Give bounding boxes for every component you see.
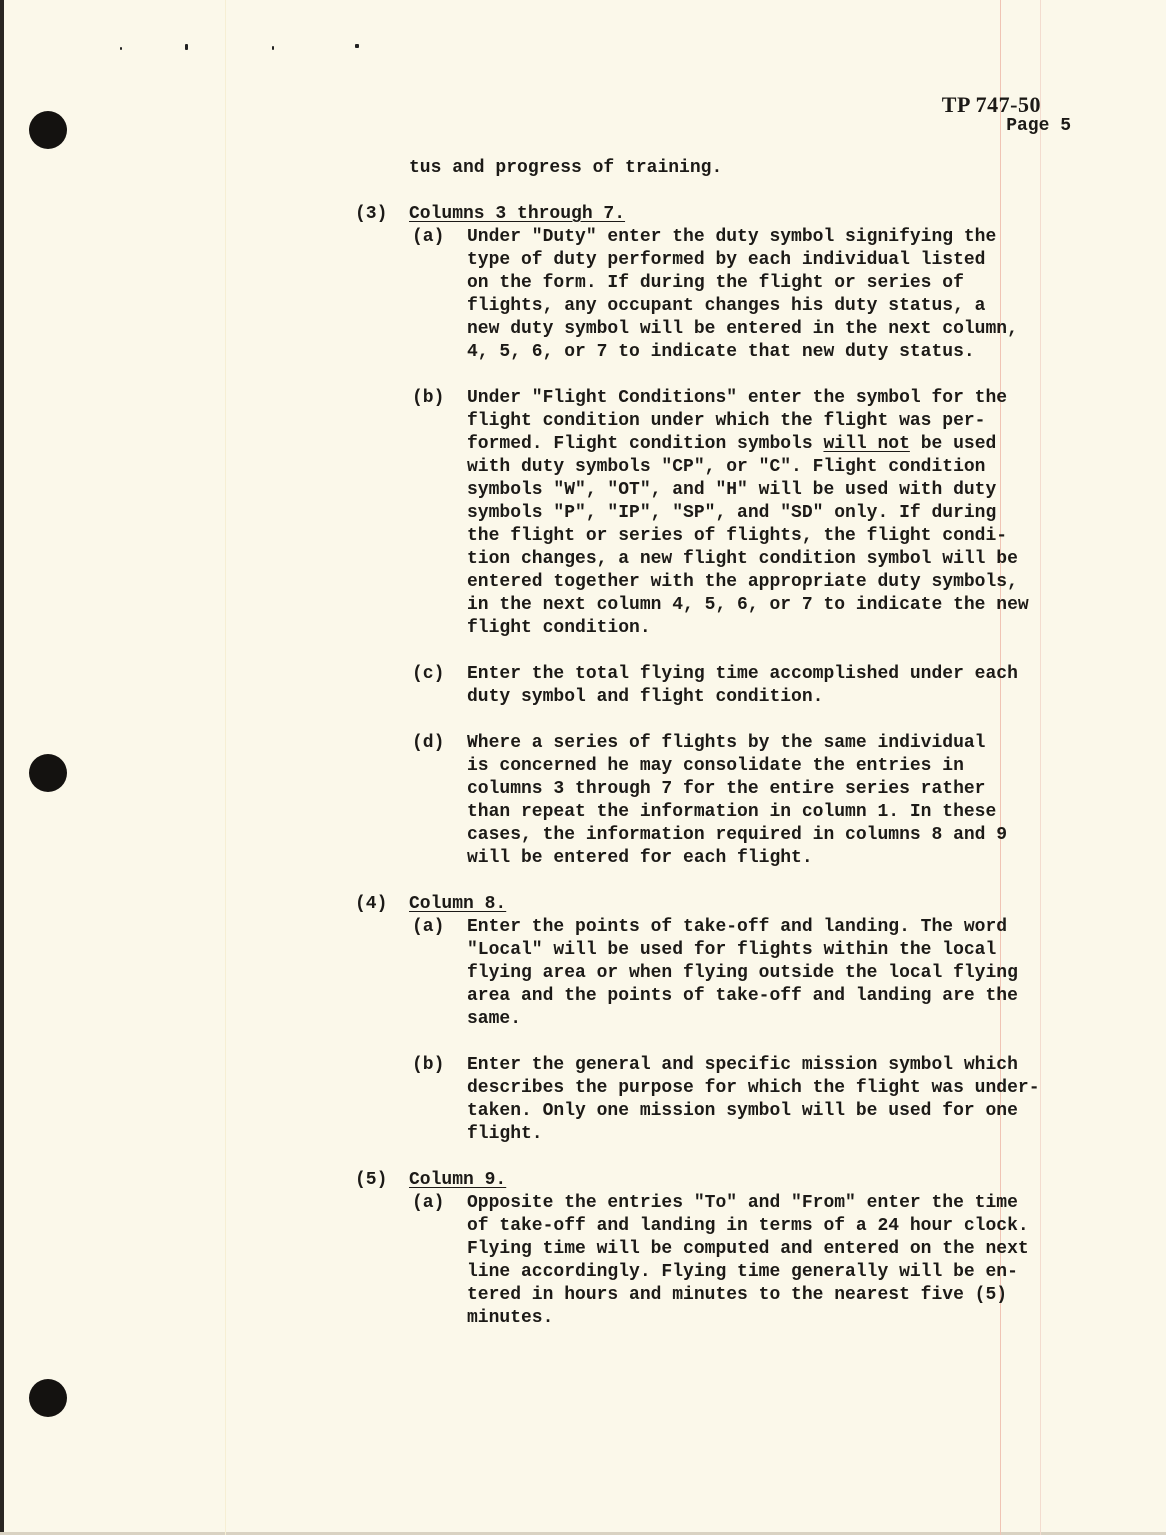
subitem-3a: (a) Under "Duty" enter the duty symbol s… [355, 226, 1095, 364]
section-title: Column 8. [409, 893, 506, 916]
punch-hole-bottom-icon [29, 1379, 67, 1417]
continuation-text: tus and progress of training. [355, 157, 1095, 180]
subitem-letter: (a) [412, 226, 467, 364]
text-after: be used with duty symbols "CP", or "C". … [467, 434, 1029, 638]
ink-speck [120, 47, 122, 50]
document-body: tus and progress of training. (3) Column… [355, 157, 1095, 1353]
subitem-letter: (b) [412, 387, 467, 640]
subitem-letter: (b) [412, 1054, 467, 1146]
section-title: Columns 3 through 7. [409, 203, 625, 226]
underlined-emphasis: will not [823, 434, 909, 454]
punch-hole-top-icon [29, 111, 67, 149]
subitem-text: Where a series of flights by the same in… [467, 732, 1082, 870]
subitem-letter: (c) [412, 663, 467, 709]
subitem-3c: (c) Enter the total flying time accompli… [355, 663, 1095, 709]
page-header: TP 747-50 Page 5 [942, 92, 1071, 136]
section-heading: (4) Column 8. [355, 893, 1095, 916]
subitem-letter: (d) [412, 732, 467, 870]
page-edge-shadow [0, 0, 4, 1535]
punch-hole-middle-icon [29, 754, 67, 792]
section-title: Column 9. [409, 1169, 506, 1192]
subitem-3b: (b) Under "Flight Conditions" enter the … [355, 387, 1095, 640]
document-id: TP 747-50 [942, 92, 1041, 118]
subitem-letter: (a) [412, 916, 467, 1031]
subitem-text: Opposite the entries "To" and "From" ent… [467, 1192, 1082, 1330]
section-column-8: (4) Column 8. (a) Enter the points of ta… [355, 893, 1095, 1146]
ink-speck [355, 44, 359, 48]
section-number: (4) [355, 893, 409, 916]
page-number: Page 5 [942, 116, 1071, 136]
section-column-9: (5) Column 9. (a) Opposite the entries "… [355, 1169, 1095, 1330]
subitem-4a: (a) Enter the points of take-off and lan… [355, 916, 1095, 1031]
section-number: (5) [355, 1169, 409, 1192]
subitem-5a: (a) Opposite the entries "To" and "From"… [355, 1192, 1095, 1330]
subitem-4b: (b) Enter the general and specific missi… [355, 1054, 1095, 1146]
section-columns-3-7: (3) Columns 3 through 7. (a) Under "Duty… [355, 203, 1095, 870]
subitem-text: Enter the total flying time accomplished… [467, 663, 1082, 709]
paper-crease [225, 0, 226, 1535]
section-number: (3) [355, 203, 409, 226]
subitem-text: Under "Duty" enter the duty symbol signi… [467, 226, 1082, 364]
subitem-3d: (d) Where a series of flights by the sam… [355, 732, 1095, 870]
subitem-letter: (a) [412, 1192, 467, 1330]
ink-speck [272, 46, 274, 50]
subitem-text: Under "Flight Conditions" enter the symb… [467, 387, 1082, 640]
section-heading: (5) Column 9. [355, 1169, 1095, 1192]
subitem-text: Enter the points of take-off and landing… [467, 916, 1082, 1031]
subitem-text: Enter the general and specific mission s… [467, 1054, 1082, 1146]
section-heading: (3) Columns 3 through 7. [355, 203, 1095, 226]
ink-speck [185, 44, 188, 50]
